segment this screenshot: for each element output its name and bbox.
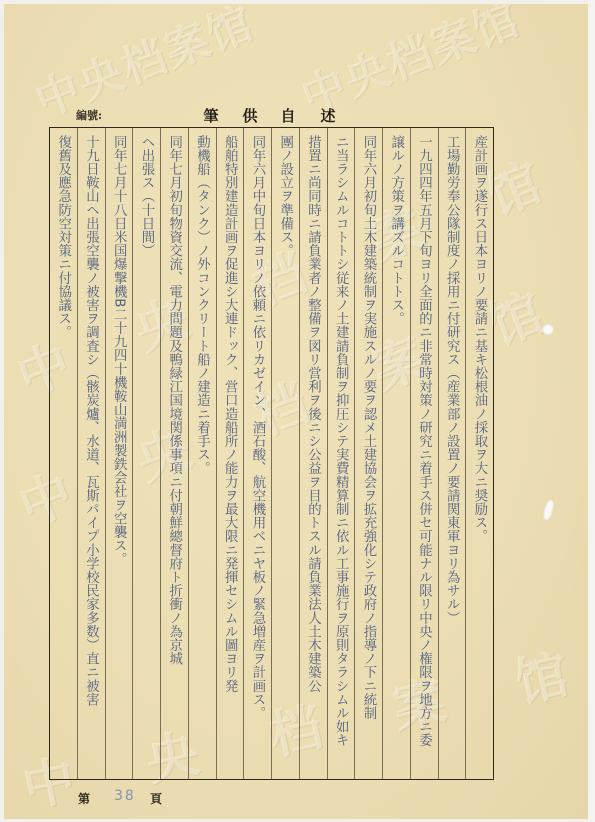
text-column: 船舶特別建造計画ヲ促進シ大連ドック、営口造船所ノ能力ヲ最大限ニ発揮セシムル圖ヨリ… <box>216 128 244 779</box>
text-column: 團ノ設立ヲ準備ス。 <box>271 128 299 779</box>
text-column: 十九日鞍山ヘ出張空襲ノ被害ヲ調査シ（骸炭爐、水道、瓦斯パイプ小学校民家多数）直ニ… <box>77 128 105 779</box>
page-prefix: 第 <box>78 790 90 807</box>
text-column: 同年七月初旬物資交流、電力問題及鴨緑江国境関係事項ニ付朝鮮總督府ト折衝ノ為京城 <box>160 128 188 779</box>
document-page: 中央档案馆 中央档案馆 中央档案馆 中央档案馆 中央档案馆 編號: 筆 供 自 … <box>4 4 588 819</box>
title-char: 供 <box>240 105 260 126</box>
scan-margin <box>588 0 595 822</box>
page-number: 38 <box>114 788 136 804</box>
manuscript-table: 産計画ヲ遂行ス日本ヨリノ要請ニ基キ松根油ノ採取ヲ大ニ奨励ス。 工場勤労奉公隊制度… <box>49 127 494 780</box>
title-char: 述 <box>318 105 338 126</box>
punch-hole <box>542 324 554 335</box>
document-number-label: 編號: <box>76 107 102 123</box>
text-column: 復舊及應急防空対策ニ付協議ス。 <box>50 128 77 779</box>
title-char: 自 <box>278 105 298 126</box>
title-char: 筆 <box>201 105 221 126</box>
text-column: 同年六月中旬日本ヨリノ依頼ニ依リカゼイン、酒石酸、航空機用ベニヤ板ノ緊急増産ヲ計… <box>243 128 271 779</box>
text-column: 同年七月十八日米国爆撃機B二十九四十機鞍山満洲製鉄会社ヲ空襲ス。 <box>105 128 133 779</box>
watermark: 中央档案馆 <box>30 4 260 125</box>
watermark: 中央档案馆 <box>296 4 526 121</box>
text-column: 措置ニ尚同時ニ請負業者ノ整備ヲ図リ営利ヲ後ニシ公益ヲ目的トスル請負業法人土木建築… <box>299 128 327 779</box>
text-column: 一九四四年五月下旬ヨリ全面的ニ非常時対策ノ研究ニ着手ス併セ可能ナル限リ中央ノ権限… <box>410 128 438 779</box>
text-column: ヘ出張ス（十日間） <box>132 128 160 779</box>
text-column: 同年六月初旬土木建築統制ヲ実施スルノ要ヲ認メ土建協会ヲ拡充強化シテ政府ノ指導ノ下… <box>354 128 382 779</box>
punch-hole <box>541 498 556 522</box>
text-column: ニ当ラシムルコトトシ従来ノ土建請負制ヲ抑圧シテ実費精算制ニ依ル工事施行ヲ原則タラ… <box>327 128 355 779</box>
text-column: 動機船（タンク）ノ外コンクリート船ノ建造ニ着手ス。 <box>188 128 216 779</box>
text-column: 産計画ヲ遂行ス日本ヨリノ要請ニ基キ松根油ノ採取ヲ大ニ奨励ス。 <box>465 128 493 779</box>
text-column: 譲ルノ方策ヲ講ズルコトトス。 <box>382 128 410 779</box>
page-suffix: 頁 <box>150 790 162 807</box>
text-column: 工場勤労奉公隊制度ノ採用ニ付研究ス（産業部ノ設置ノ要請関東軍ヨリ為サル） <box>438 128 466 779</box>
